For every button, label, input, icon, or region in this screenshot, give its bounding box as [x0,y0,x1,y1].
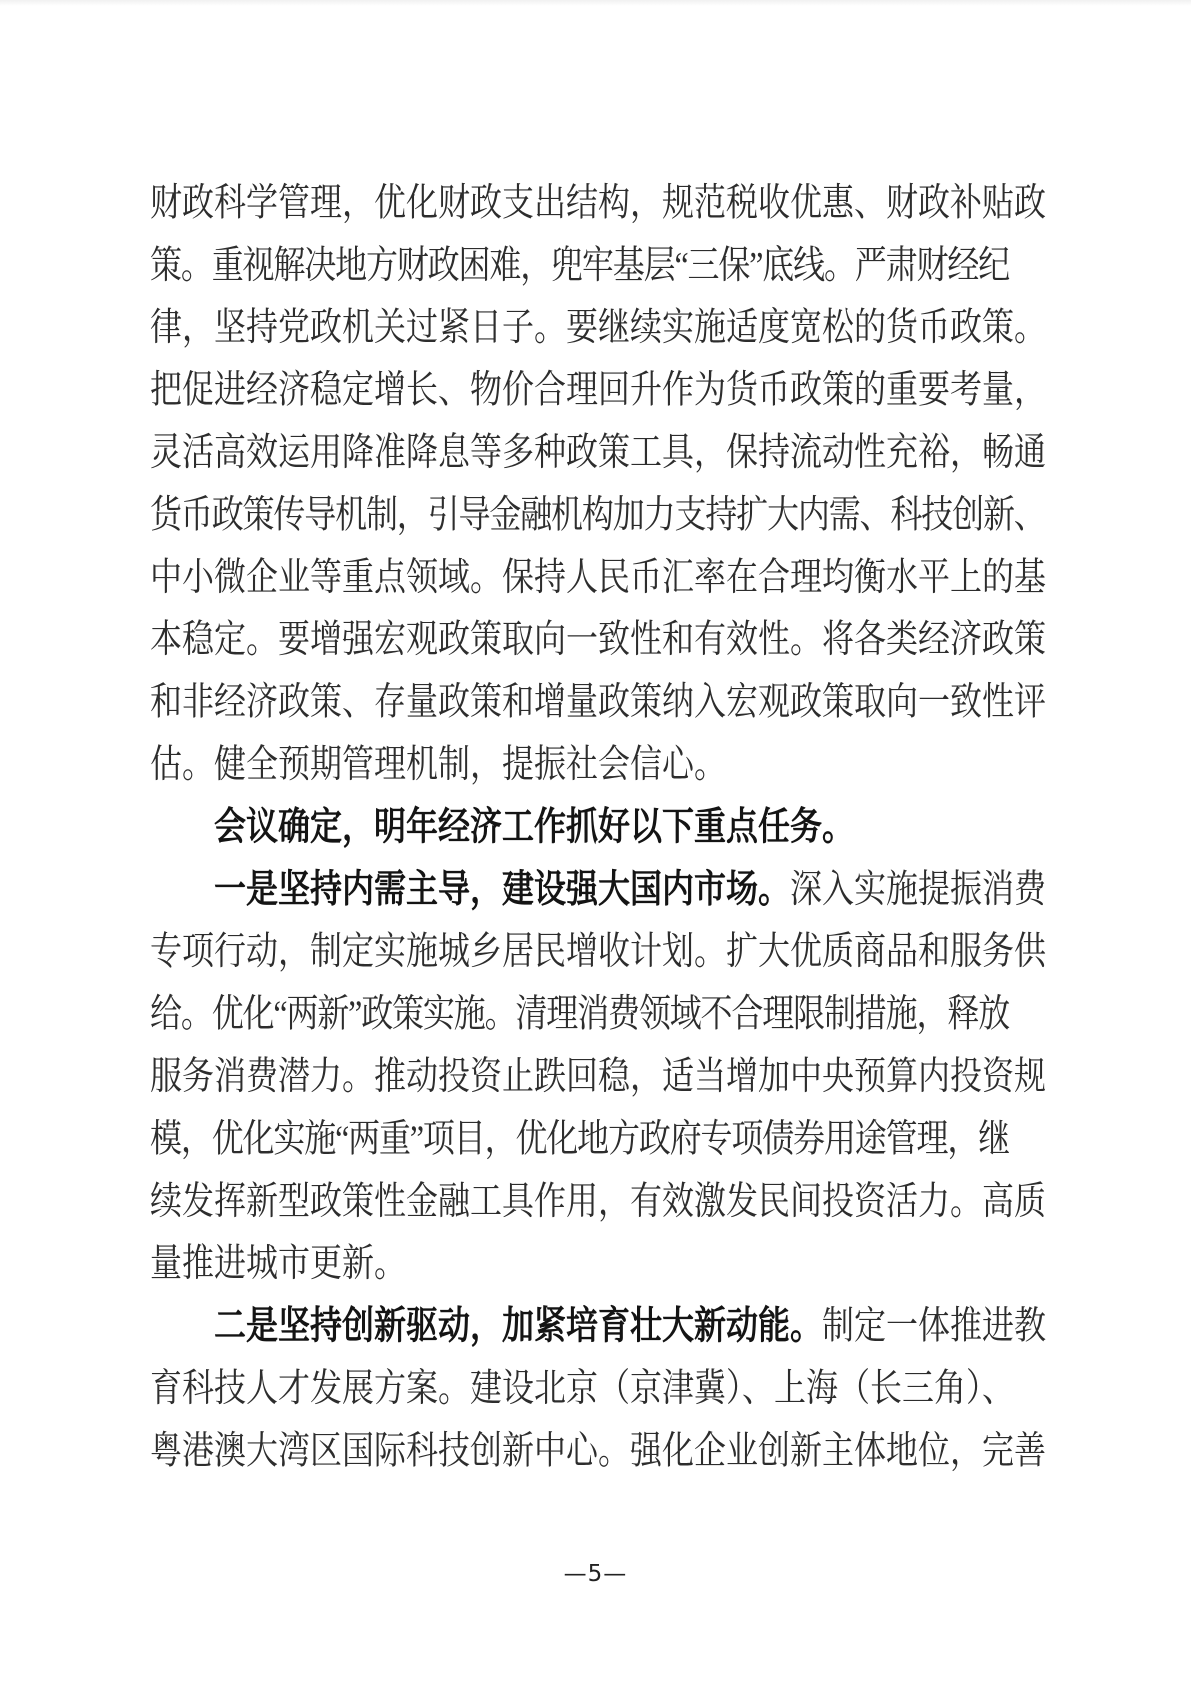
text-line: 灵活高效运用降准降息等多种政策工具，保持流动性充裕，畅通 [150,421,1160,483]
text-run: 续发挥新型政策性金融工具作用，有效激发民间投资活力。高质 [150,1179,1046,1222]
text-line: 货币政策传导机制，引导金融机构加力支持扩大内需、科技创新、 [150,483,1160,545]
text-run: 育科技人才发展方案。建设北京（京津冀）、上海（长三角）、 [150,1366,1014,1409]
page-number: —5— [0,1559,1191,1589]
text-run: 灵活高效运用降准降息等多种政策工具，保持流动性充裕，畅通 [150,430,1046,473]
text-run: 把促进经济稳定增长、物价合理回升作为货币政策的重要考量， [150,368,1046,411]
text-line: 策。重视解决地方财政困难，兜牢基层“三保”底线。严肃财经纪 [150,233,1160,295]
text-line: 服务消费潜力。推动投资止跌回稳，适当增加中央预算内投资规 [150,1045,1160,1107]
text-line: 续发挥新型政策性金融工具作用，有效激发民间投资活力。高质 [150,1169,1160,1231]
bold-run: 会议确定，明年经济工作抓好以下重点任务。 [214,805,854,848]
text-run: 深入实施提振消费 [790,867,1046,910]
text-line: 和非经济政策、存量政策和增量政策纳入宏观政策取向一致性评 [150,670,1160,732]
text-run: 量推进城市更新。 [150,1241,406,1284]
document-body: 财政科学管理，优化财政支出结构，规范税收优惠、财政补贴政策。重视解决地方财政困难… [150,171,1160,1481]
text-line: 一是坚持内需主导，建设强大国内市场。深入实施提振消费 [150,857,1160,919]
text-line: 量推进城市更新。 [150,1232,1160,1294]
text-run: 中小微企业等重点领域。保持人民币汇率在合理均衡水平上的基 [150,555,1046,598]
text-run: 律，坚持党政机关过紧日子。要继续实施适度宽松的货币政策。 [150,305,1046,348]
text-line: 本稳定。要增强宏观政策取向一致性和有效性。将各类经济政策 [150,608,1160,670]
text-run: 专项行动，制定实施城乡居民增收计划。扩大优质商品和服务供 [150,929,1046,972]
text-run: 货币政策传导机制，引导金融机构加力支持扩大内需、科技创新、 [150,493,1045,536]
text-line: 给。优化“两新”政策实施。清理消费领域不合理限制措施，释放 [150,982,1160,1044]
text-line: 二是坚持创新驱动，加紧培育壮大新动能。制定一体推进教 [150,1294,1160,1356]
text-run: 服务消费潜力。推动投资止跌回稳，适当增加中央预算内投资规 [150,1054,1046,1097]
text-line: 模，优化实施“两重”项目，优化地方政府专项债券用途管理，继 [150,1107,1160,1169]
text-line: 专项行动，制定实施城乡居民增收计划。扩大优质商品和服务供 [150,920,1160,982]
text-line: 财政科学管理，优化财政支出结构，规范税收优惠、财政补贴政 [150,171,1160,233]
text-run: 粤港澳大湾区国际科技创新中心。强化企业创新主体地位，完善 [150,1429,1046,1472]
text-run: 模，优化实施“两重”项目，优化地方政府专项债券用途管理，继 [150,1117,1009,1160]
text-run: 给。优化“两新”政策实施。清理消费领域不合理限制措施，释放 [150,992,1009,1035]
text-run: 制定一体推进教 [822,1304,1046,1347]
text-line: 中小微企业等重点领域。保持人民币汇率在合理均衡水平上的基 [150,545,1160,607]
text-line: 估。健全预期管理机制，提振社会信心。 [150,733,1160,795]
text-line: 把促进经济稳定增长、物价合理回升作为货币政策的重要考量， [150,358,1160,420]
text-run: 策。重视解决地方财政困难，兜牢基层“三保”底线。严肃财经纪 [150,243,1009,286]
text-run: 估。健全预期管理机制，提振社会信心。 [150,742,726,785]
text-run: 和非经济政策、存量政策和增量政策纳入宏观政策取向一致性评 [150,680,1046,723]
text-line: 律，坚持党政机关过紧日子。要继续实施适度宽松的货币政策。 [150,296,1160,358]
bold-run: 一是坚持内需主导，建设强大国内市场。 [214,867,790,910]
text-run: 本稳定。要增强宏观政策取向一致性和有效性。将各类经济政策 [150,617,1046,660]
document-page: 财政科学管理，优化财政支出结构，规范税收优惠、财政补贴政策。重视解决地方财政困难… [0,0,1191,1685]
text-run: 财政科学管理，优化财政支出结构，规范税收优惠、财政补贴政 [150,181,1046,224]
bold-run: 二是坚持创新驱动，加紧培育壮大新动能。 [214,1304,822,1347]
text-line: 育科技人才发展方案。建设北京（京津冀）、上海（长三角）、 [150,1357,1160,1419]
text-line: 粤港澳大湾区国际科技创新中心。强化企业创新主体地位，完善 [150,1419,1160,1481]
text-line: 会议确定，明年经济工作抓好以下重点任务。 [150,795,1160,857]
scan-noise-artifact [0,0,1191,6]
